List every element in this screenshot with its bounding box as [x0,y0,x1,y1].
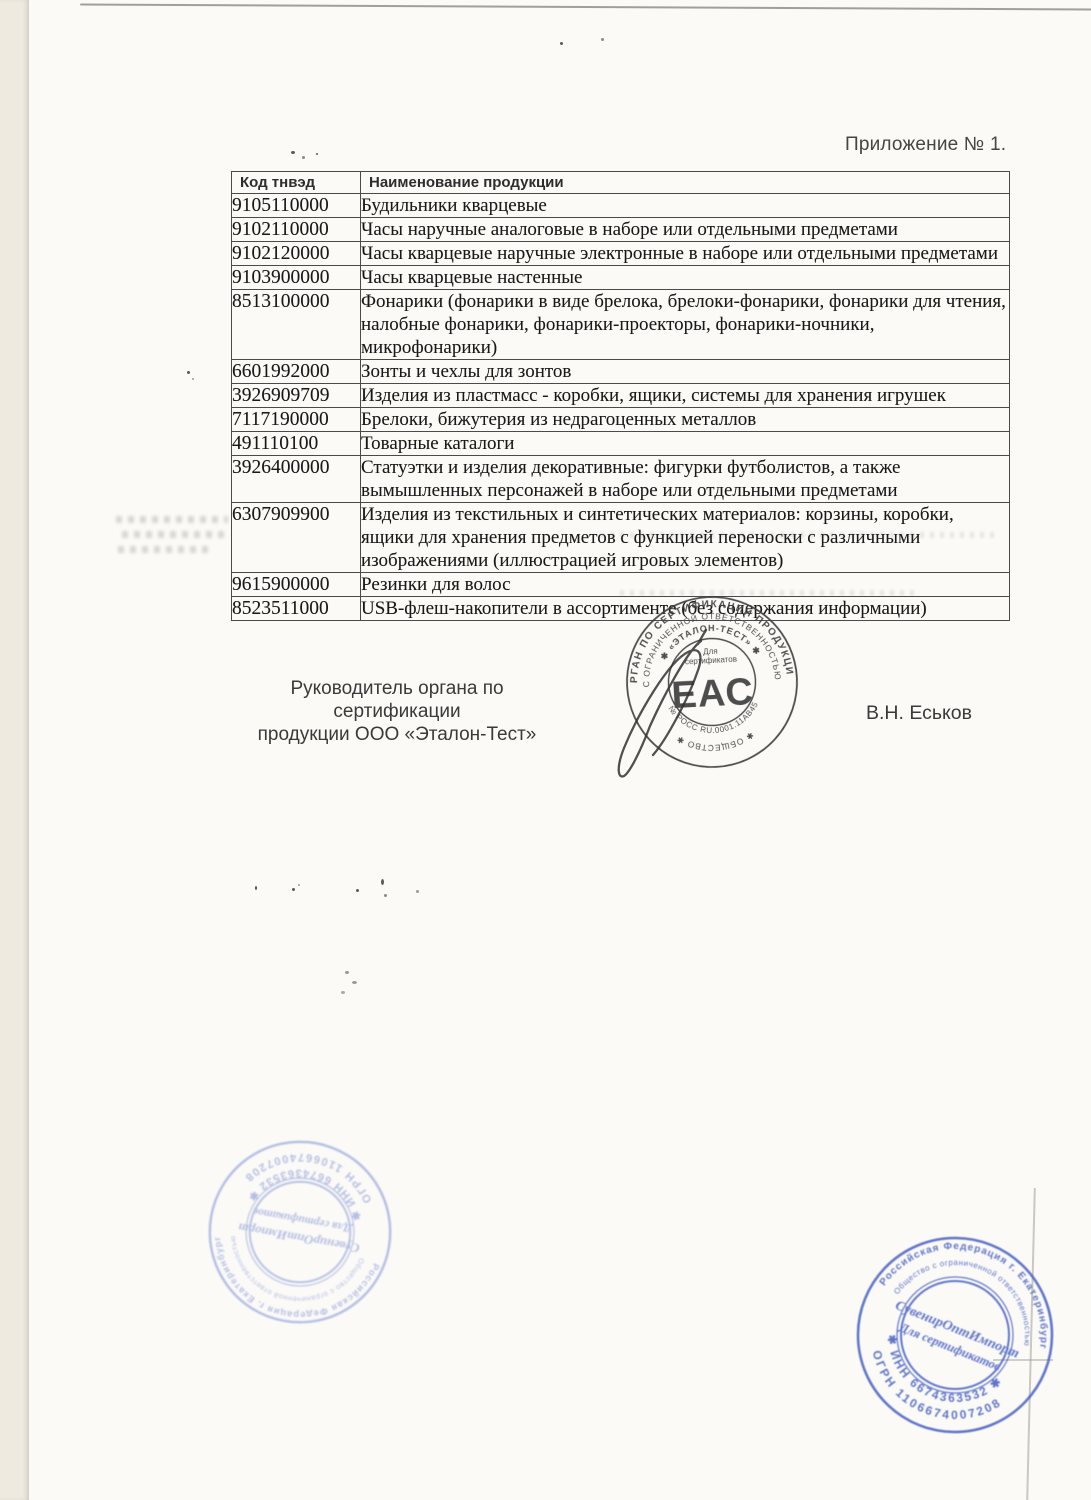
table-row: 8513100000Фонарики (фонарики в виде брел… [232,290,1010,360]
scanner-background-strip [0,0,29,1500]
scan-speck [345,971,349,974]
tnved-code: 6601992000 [232,360,361,384]
scan-speck [381,879,384,885]
certifier-role-line2: продукции ООО «Эталон-Тест» [230,723,564,746]
product-name: Брелоки, бижутерия из недрагоценных мета… [361,408,1010,432]
page-top-edge [80,4,1091,11]
product-name: Будильники кварцевые [361,194,1010,218]
scan-bleedthrough [122,531,226,538]
product-name: Товарные каталоги [361,432,1010,456]
scan-bleedthrough [118,546,214,553]
scan-bleedthrough [600,532,1000,538]
company-stamp-blue: Российская Федерация г. Екатеринбург Общ… [812,1192,1091,1478]
tnved-code: 9102110000 [232,218,361,242]
tnved-code: 9103900000 [232,266,361,290]
table-header-row: Код тнвэд Наименование продукции [232,172,1010,194]
scan-speck [302,156,305,159]
column-header-name: Наименование продукции [361,172,1010,194]
scan-speck [341,991,345,994]
scan-speck [384,894,387,897]
appendix-title: Приложение № 1. [845,134,1006,156]
product-name: Зонты и чехлы для зонтов [361,360,1010,384]
product-name: Часы наручные аналоговые в наборе или от… [361,218,1010,242]
tnved-code: 9615900000 [232,573,361,597]
tnved-code: 6307909900 [232,503,361,573]
tnved-code: 8523511000 [232,597,361,621]
scan-speck [560,42,563,45]
scan-speck [255,886,257,890]
table-row: 9102110000Часы наручные аналоговые в наб… [232,218,1010,242]
scan-speck [352,981,357,984]
scanned-certificate-appendix: Приложение № 1. Код тнвэд Наименование п… [0,0,1091,1500]
product-name: Изделия из пластмасс - коробки, ящики, с… [361,384,1010,408]
table-row: 3926909709Изделия из пластмасс - коробки… [232,384,1010,408]
scan-speck [291,151,295,154]
tnved-code: 3926400000 [232,456,361,503]
scan-speck [192,378,194,380]
tnved-code: 9105110000 [232,194,361,218]
scan-bleedthrough [620,590,920,596]
certifier-role-text: Руководитель органа по сертификации прод… [230,677,564,746]
scan-speck [298,884,300,886]
product-name: Фонарики (фонарики в виде брелока, брело… [361,290,1010,360]
table-row: 491110100Товарные каталоги [232,432,1010,456]
table-row: 3926400000Статуэтки и изделия декоративн… [232,456,1010,503]
scan-speck [356,889,359,892]
scan-speck [416,890,419,893]
column-header-code: Код тнвэд [232,172,361,194]
table-row: 9103900000Часы кварцевые настенные [232,266,1010,290]
table-row: 7117190000Брелоки, бижутерия из недрагоц… [232,408,1010,432]
handwritten-signature [590,600,790,800]
product-name: Часы кварцевые наручные электронные в на… [361,242,1010,266]
tnved-code: 7117190000 [232,408,361,432]
scan-speck [292,888,295,891]
tnved-code: 8513100000 [232,290,361,360]
tnved-code: 9102120000 [232,242,361,266]
signer-name: В.Н. Еськов [866,702,972,725]
scan-bleedthrough [116,516,228,523]
scan-speck [601,38,604,41]
company-stamp-blue-faint: Российская Федерация г. Екатеринбург Общ… [181,1113,418,1350]
tnved-code: 3926909709 [232,384,361,408]
scan-speck [316,153,318,155]
product-codes-table: Код тнвэд Наименование продукции 9105110… [231,171,1010,621]
product-name: Часы кварцевые настенные [361,266,1010,290]
table-row: 9105110000Будильники кварцевые [232,194,1010,218]
tnved-code: 491110100 [232,432,361,456]
product-name: Статуэтки и изделия декоративные: фигурк… [361,456,1010,503]
table-row: 6601992000Зонты и чехлы для зонтов [232,360,1010,384]
table-row: 9102120000Часы кварцевые наручные электр… [232,242,1010,266]
scan-speck [187,371,190,374]
certifier-role-line1: Руководитель органа по сертификации [230,677,564,723]
